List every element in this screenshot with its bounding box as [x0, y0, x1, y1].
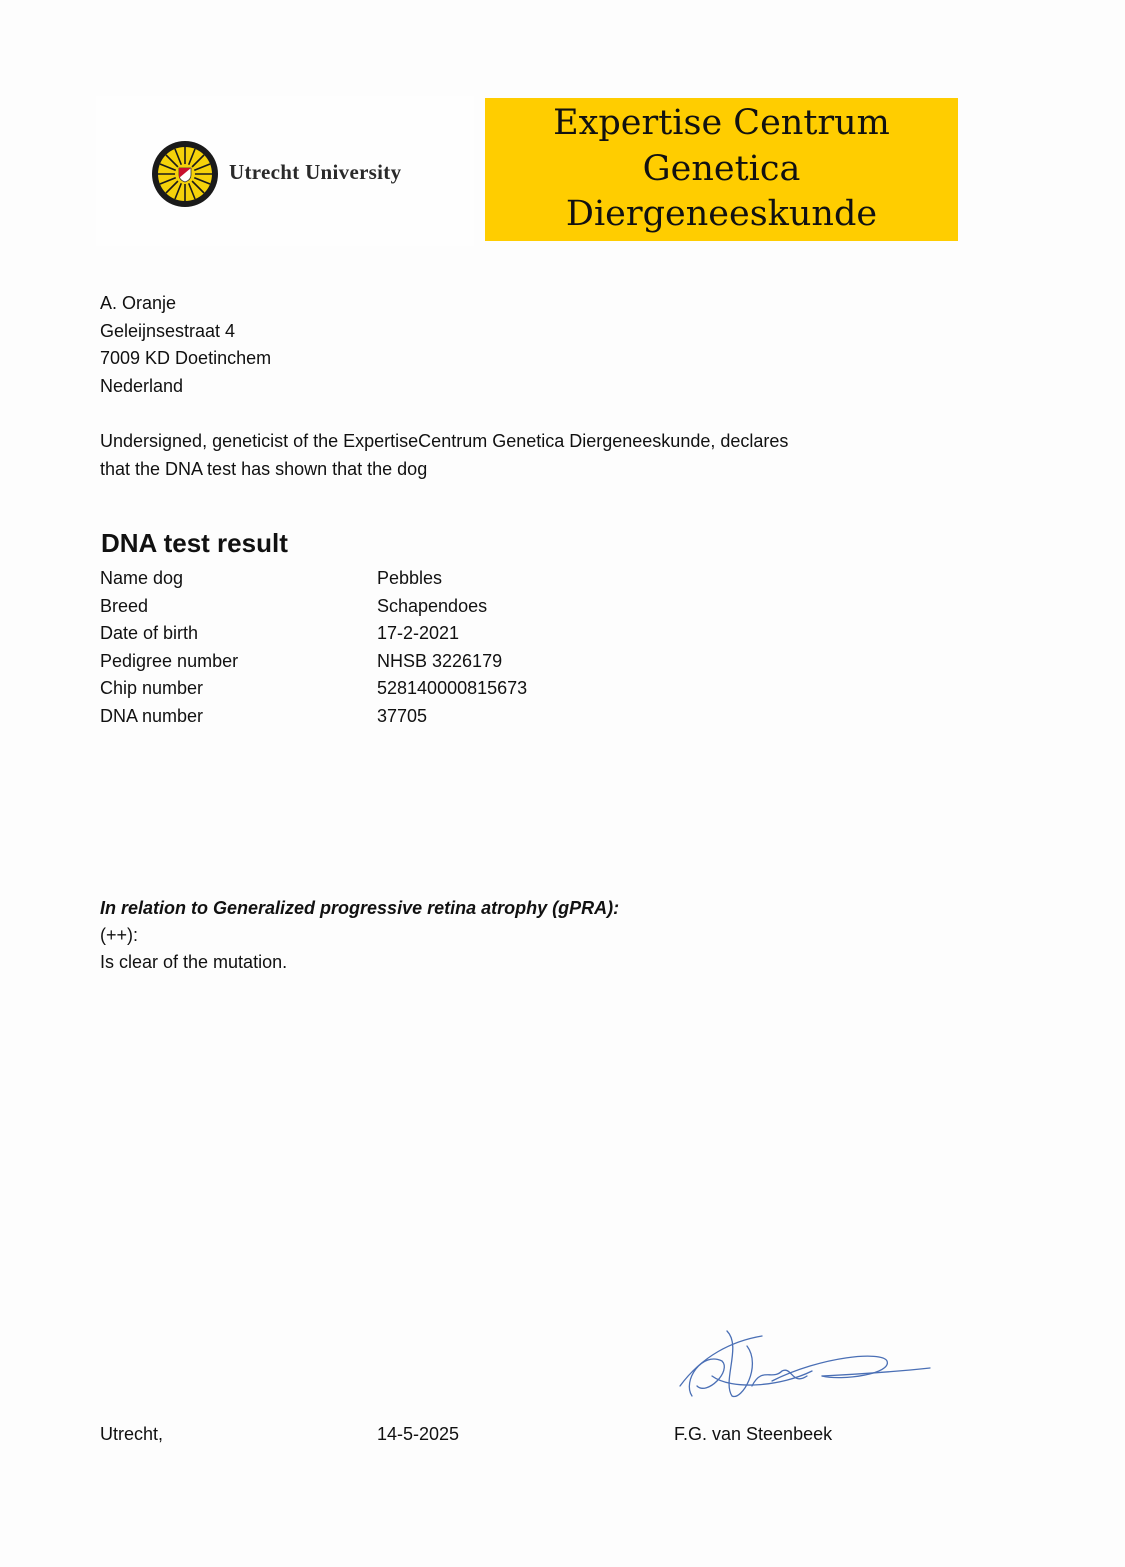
gpra-result: In relation to Generalized progressive r… — [100, 895, 619, 976]
gpra-title: In relation to Generalized progressive r… — [100, 895, 619, 922]
utrecht-sun-seal-icon — [151, 140, 219, 208]
row-value: NHSB 3226179 — [377, 648, 502, 676]
intro-line: that the DNA test has shown that the dog — [100, 456, 860, 484]
declaration-intro: Undersigned, geneticist of the Expertise… — [100, 428, 860, 483]
expertise-centre-banner: Expertise Centrum Genetica Diergeneeskun… — [485, 98, 958, 241]
recipient-address: A. Oranje Geleijnsestraat 4 7009 KD Doet… — [100, 290, 271, 400]
result-row: BreedSchapendoes — [100, 593, 527, 621]
row-value: 528140000815673 — [377, 675, 527, 703]
row-value: Schapendoes — [377, 593, 487, 621]
gpra-conclusion: Is clear of the mutation. — [100, 949, 619, 976]
row-label: Date of birth — [100, 620, 377, 648]
result-row: Pedigree numberNHSB 3226179 — [100, 648, 527, 676]
footer-signatory: F.G. van Steenbeek — [674, 1421, 832, 1448]
result-heading: DNA test result — [101, 528, 288, 559]
result-row: DNA number37705 — [100, 703, 527, 731]
row-label: Name dog — [100, 565, 377, 593]
row-label: Breed — [100, 593, 377, 621]
row-label: DNA number — [100, 703, 377, 731]
footer-place: Utrecht, — [100, 1421, 163, 1448]
row-label: Pedigree number — [100, 648, 377, 676]
banner-line: Genetica — [643, 147, 801, 193]
certificate-page: Utrecht University Expertise Centrum Gen… — [0, 0, 1125, 1567]
recipient-country: Nederland — [100, 373, 271, 401]
banner-line: Diergeneeskunde — [566, 192, 877, 238]
row-value: 17-2-2021 — [377, 620, 459, 648]
signature-image — [672, 1326, 942, 1406]
banner-line: Expertise Centrum — [553, 101, 890, 147]
result-row: Date of birth17-2-2021 — [100, 620, 527, 648]
university-name: Utrecht University — [229, 160, 401, 185]
recipient-name: A. Oranje — [100, 290, 271, 318]
result-row: Chip number528140000815673 — [100, 675, 527, 703]
row-value: Pebbles — [377, 565, 442, 593]
result-table: Name dogPebbles BreedSchapendoes Date of… — [100, 565, 527, 730]
recipient-street: Geleijnsestraat 4 — [100, 318, 271, 346]
row-label: Chip number — [100, 675, 377, 703]
recipient-postal-city: 7009 KD Doetinchem — [100, 345, 271, 373]
result-row: Name dogPebbles — [100, 565, 527, 593]
row-value: 37705 — [377, 703, 427, 731]
intro-line: Undersigned, geneticist of the Expertise… — [100, 428, 860, 456]
gpra-code: (++): — [100, 922, 619, 949]
footer-date: 14-5-2025 — [377, 1421, 459, 1448]
